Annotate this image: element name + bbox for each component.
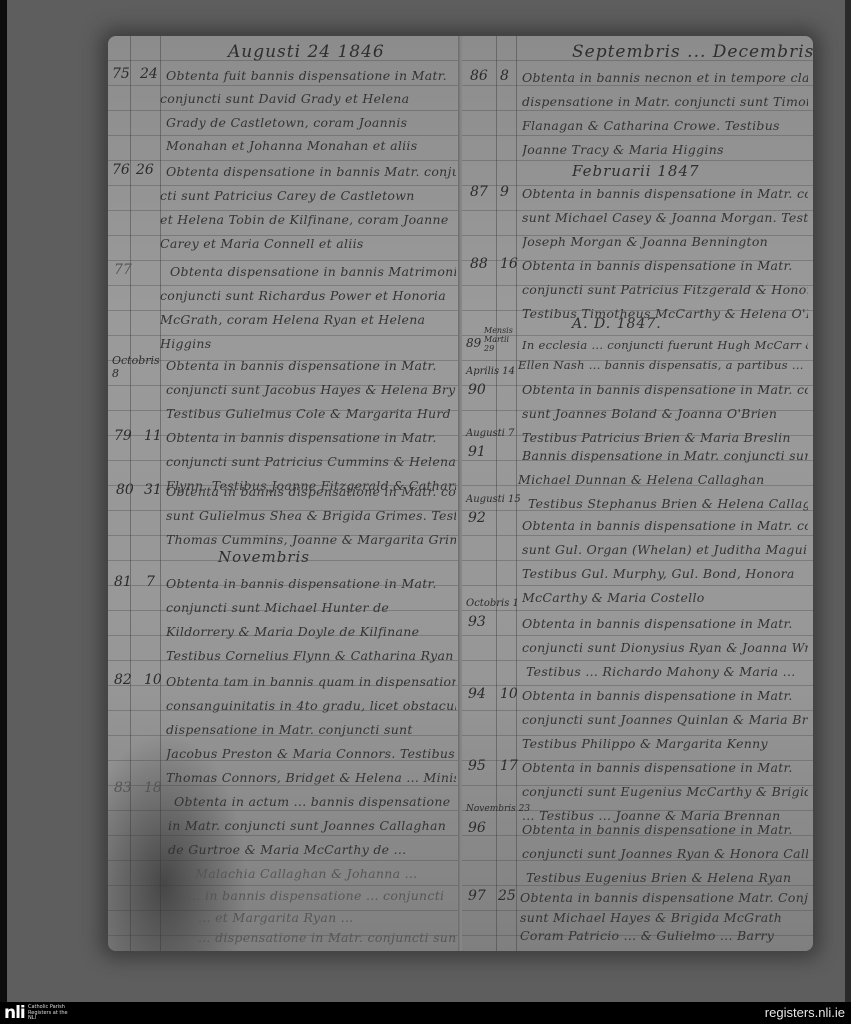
entry-line: cti sunt Patricius Carey de Castletown (160, 188, 456, 203)
entry-line: conjuncti sunt Eugenius McCarthy & Brigi… (522, 784, 808, 799)
entry-line: Testibus Gulielmus Cole & Margarita Hurd (166, 406, 456, 421)
entry-day: Novembris 23 (466, 804, 530, 814)
entry-line: in Matr. conjuncti sunt Joannes Callagha… (168, 818, 456, 833)
entry-line: Testibus Cornelius Flynn & Catharina Rya… (166, 648, 456, 663)
entry-line: Thomas Cummins, Joanne & Margarita Grime… (166, 532, 456, 547)
entry-line: ... Malachia Callaghan & Johanna ... (178, 866, 456, 881)
entry-line: dispensatione in Matr. conjuncti sunt Ti… (522, 94, 808, 109)
entry-line: Obtenta in bannis dispensatione in Matr.… (522, 518, 808, 533)
entry-line: Obtenta in bannis dispensatione in Matr.… (522, 382, 808, 397)
register-book: Augusti 24 1846 75 24 Obtenta fuit banni… (108, 36, 813, 951)
entry-line: Kildorrery & Maria Doyle de Kilfinane (166, 624, 456, 639)
entry-number: 92 (468, 510, 486, 526)
entry-line: conjuncti sunt Michael Hunter de (166, 600, 456, 615)
entry-number: 90 (468, 382, 486, 398)
entry-line: Ellen Nash ... bannis dispensatis, a par… (518, 358, 808, 372)
entry-line: Obtenta in bannis dispensatione in Matr. (522, 760, 808, 775)
entry-day: 17 (500, 758, 518, 774)
entry-line: et Helena Tobin de Kilfinane, coram Joan… (160, 212, 456, 227)
right-page: Septembris ... Decembris 86 8 Obtenta in… (462, 36, 813, 951)
entry-line: ... dispensatione in Matr. conjuncti sun… (198, 930, 456, 945)
entry-day: 25 (498, 888, 516, 904)
entry-day: Octobris 1 (466, 598, 519, 609)
entry-day: 16 (500, 256, 518, 272)
entry-line: conjuncti sunt Patricius Cummins & Helen… (166, 454, 456, 469)
entry-line: Obtenta in bannis dispensatione in Matr. (166, 358, 456, 373)
entry-line: conjuncti sunt Joannes Ryan & Honora Cal… (522, 846, 808, 861)
entry-line: Testibus Patricius Brien & Maria Breslin (522, 430, 808, 445)
entry-line: In ecclesia ... conjuncti fuerunt Hugh M… (522, 338, 808, 352)
entry-number: 94 (468, 686, 486, 702)
entry-line: Obtenta in bannis dispensatione in Matr. (522, 822, 808, 837)
entry-day: 8 (500, 68, 509, 84)
entry-line: sunt Joannes Boland & Joanna O'Brien (522, 406, 808, 421)
entry-number: 77 (114, 262, 132, 278)
entry-number: 89 (466, 336, 481, 350)
entry-number: 93 (468, 614, 486, 630)
entry-number: 95 (468, 758, 486, 774)
entry-line: Flanagan & Catharina Crowe. Testibus (522, 118, 808, 133)
entry-day: 24 (140, 66, 158, 82)
page-heading: Septembris ... Decembris (572, 42, 813, 62)
entry-line: McCarthy & Maria Costello (522, 590, 808, 605)
entry-line: conjuncti sunt David Grady et Helena (160, 91, 456, 106)
entry-line: ... in bannis dispensatione ... conjunct… (188, 888, 456, 903)
entry-number: 88 (470, 256, 488, 272)
entry-line: Obtenta in bannis dispensatione Matr. Co… (520, 890, 808, 905)
entry-number: 91 (468, 444, 486, 460)
entry-number: 80 (116, 482, 134, 498)
entry-line: Michael Dunnan & Helena Callaghan (518, 472, 808, 487)
entry-line: Obtenta dispensatione in bannis Matrimon… (170, 264, 456, 279)
entry-line: Thomas Connors, Bridget & Helena ... Min… (166, 770, 456, 785)
entry-line: Monahan et Johanna Monahan et aliis (166, 138, 456, 153)
entry-number: 87 (470, 184, 488, 200)
entry-line: Jacobus Preston & Maria Connors. Testibu… (166, 746, 456, 761)
entry-line: sunt Michael Hayes & Brigida McGrath (520, 910, 808, 925)
entry-line: Testibus Stephanus Brien & Helena Callag… (528, 496, 808, 511)
entry-day: Mensis Martii 29 (484, 326, 516, 353)
entry-line: Testibus Timotheus McCarthy & Helena O'B… (522, 306, 808, 321)
entry-number: 81 (114, 574, 132, 590)
entry-line: Obtenta tam in bannis quam in dispensati… (166, 674, 456, 689)
register-scan: Augusti 24 1846 75 24 Obtenta fuit banni… (0, 0, 851, 1002)
footer-bar: nli Catholic Parish Registers at the NLI… (0, 1002, 851, 1024)
scan-edge (845, 0, 851, 1002)
entry-line: sunt Gulielmus Shea & Brigida Grimes. Te… (166, 508, 456, 523)
entry-line: de Gurtroe & Maria McCarthy de ... (168, 842, 456, 857)
entry-line: Obtenta in bannis dispensatione in Matr. (522, 616, 808, 631)
entry-line: Obtenta in bannis dispensatione in Matr. (166, 430, 456, 445)
entry-number: 96 (468, 820, 486, 836)
entry-line: sunt Gul. Organ (Whelan) et Juditha Magu… (522, 542, 808, 557)
month-heading: Februarii 1847 (572, 162, 700, 180)
entry-number: 82 (114, 672, 132, 688)
entry-line: Obtenta fuit bannis dispensatione in Mat… (166, 68, 456, 83)
entry-day: 10 (144, 672, 162, 688)
entry-day: 26 (136, 162, 154, 178)
entry-line: conjuncti sunt Jacobus Hayes & Helena Br… (166, 382, 456, 397)
entry-number: 86 (470, 68, 488, 84)
entry-line: Obtenta dispensatione in bannis Matr. co… (166, 164, 456, 179)
entry-line: Grady de Castletown, coram Joannis (166, 115, 456, 130)
entry-line: Joanne Tracy & Maria Higgins (522, 142, 808, 157)
entry-line: Testibus Eugenius Brien & Helena Ryan (526, 870, 808, 885)
year-heading: A. D. 1847. (572, 316, 662, 332)
entry-line: conjuncti sunt Richardus Power et Honori… (160, 288, 456, 303)
entry-day: 11 (144, 428, 162, 444)
entry-number: 76 (112, 162, 130, 178)
entry-line: ... et Margarita Ryan ... (198, 910, 456, 925)
entry-line: conjuncti sunt Joannes Quinlan & Maria B… (522, 712, 808, 727)
left-page: Augusti 24 1846 75 24 Obtenta fuit banni… (108, 36, 460, 951)
entry-line: Obtenta in bannis dispensatione in Matr. (522, 688, 808, 703)
scan-edge (0, 0, 7, 1002)
entry-day: Octobris 8 (112, 354, 156, 380)
entry-line: Bannis dispensatione in Matr. conjuncti … (522, 448, 808, 463)
entry-day: 18 (144, 780, 162, 796)
page-heading: Augusti 24 1846 (228, 42, 385, 62)
entry-day: 10 (500, 686, 518, 702)
entry-day: Aprilis 14 (466, 366, 515, 377)
entry-line: Testibus Gul. Murphy, Gul. Bond, Honora (522, 566, 808, 581)
entry-line: Higgins (160, 336, 456, 351)
entry-number: 97 (468, 888, 486, 904)
logo-caption: Catholic Parish Registers at the NLI (28, 1005, 68, 1022)
entry-line: Obtenta in actum ... bannis dispensation… (174, 794, 456, 809)
entry-number: 75 (112, 66, 130, 82)
entry-line: Obtenta in bannis necnon et in tempore c… (522, 70, 808, 85)
nli-logo[interactable]: nli (4, 1004, 25, 1022)
entry-day: 31 (144, 482, 162, 498)
entry-line: dispensatione in Matr. conjuncti sunt (166, 722, 456, 737)
entry-line: conjuncti sunt Patricius Fitzgerald & Ho… (522, 282, 808, 297)
entry-line: McGrath, coram Helena Ryan et Helena (160, 312, 456, 327)
site-link[interactable]: registers.nli.ie (765, 1005, 845, 1020)
entry-number: 79 (114, 428, 132, 444)
entry-line: Obtenta in bannis dispensatione in Matr. (522, 258, 808, 273)
entry-line: Obtenta in bannis dispensatione in Matr.… (522, 186, 808, 201)
entry-line: sunt Michael Casey & Joanna Morgan. Test… (522, 210, 808, 225)
entry-line: Testibus ... Richardo Mahony & Maria ... (526, 664, 808, 679)
entry-line: Obtenta in bannis dispensatione in Matr. (166, 576, 456, 591)
entry-line: Carey et Maria Connell et aliis (160, 236, 456, 251)
entry-number: 83 (114, 780, 132, 796)
entry-line: Coram Patricio ... & Gulielmo ... Barry (520, 928, 808, 943)
entry-line: Joseph Morgan & Joanna Bennington (522, 234, 808, 249)
entry-line: conjuncti sunt Dionysius Ryan & Joanna W… (522, 640, 808, 655)
month-heading: Novembris (218, 548, 310, 566)
entry-day: 7 (146, 574, 155, 590)
entry-line: Testibus Philippo & Margarita Kenny (522, 736, 808, 751)
entry-line: ... Testibus ... Joanne & Maria Brennan (522, 808, 808, 823)
entry-day: Augusti 7 (466, 428, 514, 439)
entry-line: Obtenta in bannis dispensatione in Matr.… (166, 484, 456, 499)
entry-day: 9 (500, 184, 509, 200)
entry-line: consanguinitatis in 4to gradu, licet obs… (166, 698, 456, 713)
entry-day: Augusti 15 (466, 494, 521, 505)
